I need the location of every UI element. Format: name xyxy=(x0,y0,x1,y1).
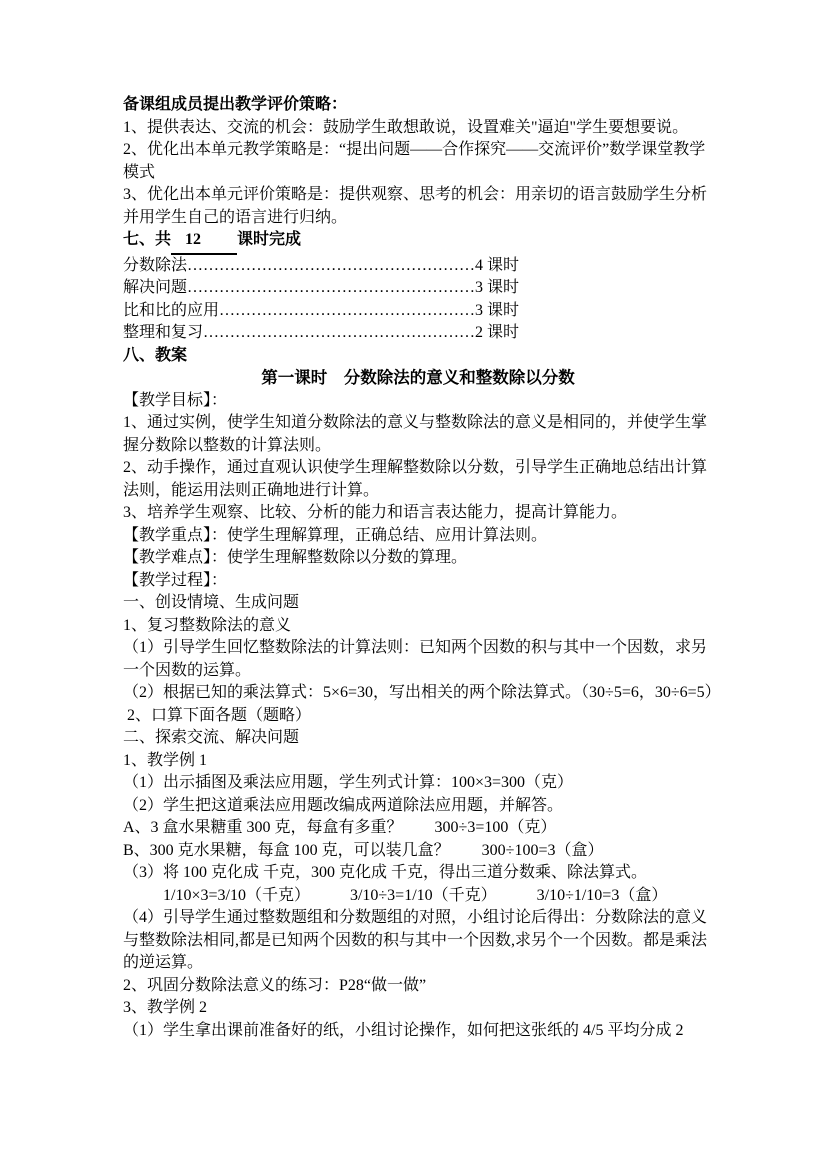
lesson-title: 第一课时 分数除法的意义和整数除以分数 xyxy=(123,367,713,390)
example1-detail-4: （4）引导学生通过整数题组和分数题组的对照，小组讨论后得出：分数除法的意义与整数… xyxy=(123,907,713,975)
eval-item-3: 3、优化出本单元评价策略是：提供观察、思考的机会：用亲切的语言鼓励学生分析并用学… xyxy=(123,184,713,229)
example1-item-a: A、3 盒水果糖重 300 克，每盒有多重？ 300÷3=100（克） xyxy=(123,817,713,840)
teaching-process-heading: 【教学过程】： xyxy=(123,570,713,593)
step-1-2: 2、口算下面各题（题略） xyxy=(123,705,713,728)
example1-detail-3: （3）将 100 克化成 千克，300 克化成 千克，得出三道分数乘、除法算式。 xyxy=(123,862,713,885)
teaching-focus: 【教学重点】：使学生理解算理，正确总结、应用计算法则。 xyxy=(123,525,713,548)
schedule-section: 七、共12课时完成 分数除法………………………………………………4 课时 解决问… xyxy=(123,229,713,345)
process-section-2: 二、探索交流、解决问题 xyxy=(123,727,713,750)
schedule-heading-prefix: 七、共 xyxy=(123,231,171,248)
schedule-total-hours: 12 xyxy=(171,229,237,255)
goal-item-2: 2、动手操作，通过直观认识使学生理解整数除以分数，引导学生正确地总结出计算法则，… xyxy=(123,457,713,502)
lesson-plan-section: 八、教案 第一课时 分数除法的意义和整数除以分数 【教学目标】： 1、通过实例，… xyxy=(123,345,713,1043)
step-1-1-detail-1: （1）引导学生回忆整数除法的计算法则：已知两个因数的积与其中一个因数，求另一个因… xyxy=(123,637,713,682)
schedule-item-review: 整理和复习……………………………………………2 课时 xyxy=(123,322,713,345)
step-1-1-detail-2: （2）根据已知的乘法算式：5×6=30，写出相关的两个除法算式。（30÷5=6，… xyxy=(123,682,713,705)
teaching-difficulty: 【教学难点】：使学生理解整数除以分数的算理。 xyxy=(123,547,713,570)
example1-detail-2: （2）学生把这道乘法应用题改编成两道除法应用题，并解答。 xyxy=(123,795,713,818)
schedule-heading: 七、共12课时完成 xyxy=(123,229,713,255)
example2-detail-1: （1）学生拿出课前准备好的纸，小组讨论操作，如何把这张纸的 4/5 平均分成 2 xyxy=(123,1020,713,1043)
goal-item-3: 3、培养学生观察、比较、分析的能力和语言表达能力，提高计算能力。 xyxy=(123,502,713,525)
schedule-item-fraction-division: 分数除法………………………………………………4 课时 xyxy=(123,255,713,278)
document-page: 备课组成员提出教学评价策略： 1、提供表达、交流的机会：鼓励学生敢想敢说，设置难… xyxy=(0,0,827,1170)
document-content: 备课组成员提出教学评价策略： 1、提供表达、交流的机会：鼓励学生敢想敢说，设置难… xyxy=(123,94,713,1042)
example1-item-b: B、300 克水果糖，每盒 100 克，可以装几盒？ 300÷100=3（盒） xyxy=(123,840,713,863)
goal-item-1: 1、通过实例，使学生知道分数除法的意义与整数除法的意义是相同的，并使学生掌握分数… xyxy=(123,412,713,457)
process-section-1: 一、创设情境、生成问题 xyxy=(123,592,713,615)
schedule-heading-suffix: 课时完成 xyxy=(237,231,301,248)
step-2-3-example-2: 3、教学例 2 xyxy=(123,997,713,1020)
lesson-plan-heading: 八、教案 xyxy=(123,345,713,368)
evaluation-strategy-section: 备课组成员提出教学评价策略： 1、提供表达、交流的机会：鼓励学生敢想敢说，设置难… xyxy=(123,94,713,229)
step-1-1: 1、复习整数除法的意义 xyxy=(123,615,713,638)
example1-detail-1: （1）出示插图及乘法应用题，学生列式计算：100×3=300（克） xyxy=(123,772,713,795)
eval-heading: 备课组成员提出教学评价策略： xyxy=(123,94,713,117)
step-2-1-example-1: 1、教学例 1 xyxy=(123,750,713,773)
teaching-goals-heading: 【教学目标】： xyxy=(123,390,713,413)
example1-fraction-equations: 1/10×3=3/10（千克） 3/10÷3=1/10（千克） 3/10÷1/1… xyxy=(123,885,713,908)
schedule-item-problem-solving: 解决问题………………………………………………3 课时 xyxy=(123,277,713,300)
eval-item-1: 1、提供表达、交流的机会：鼓励学生敢想敢说，设置难关"逼迫"学生要想要说。 xyxy=(123,117,713,140)
step-2-2-practice: 2、巩固分数除法意义的练习：P28“做一做” xyxy=(123,975,713,998)
schedule-item-ratio-application: 比和比的应用…………………………………………3 课时 xyxy=(123,300,713,323)
eval-item-2: 2、优化出本单元教学策略是：“提出问题——合作探究——交流评价”数学课堂教学模式 xyxy=(123,139,713,184)
